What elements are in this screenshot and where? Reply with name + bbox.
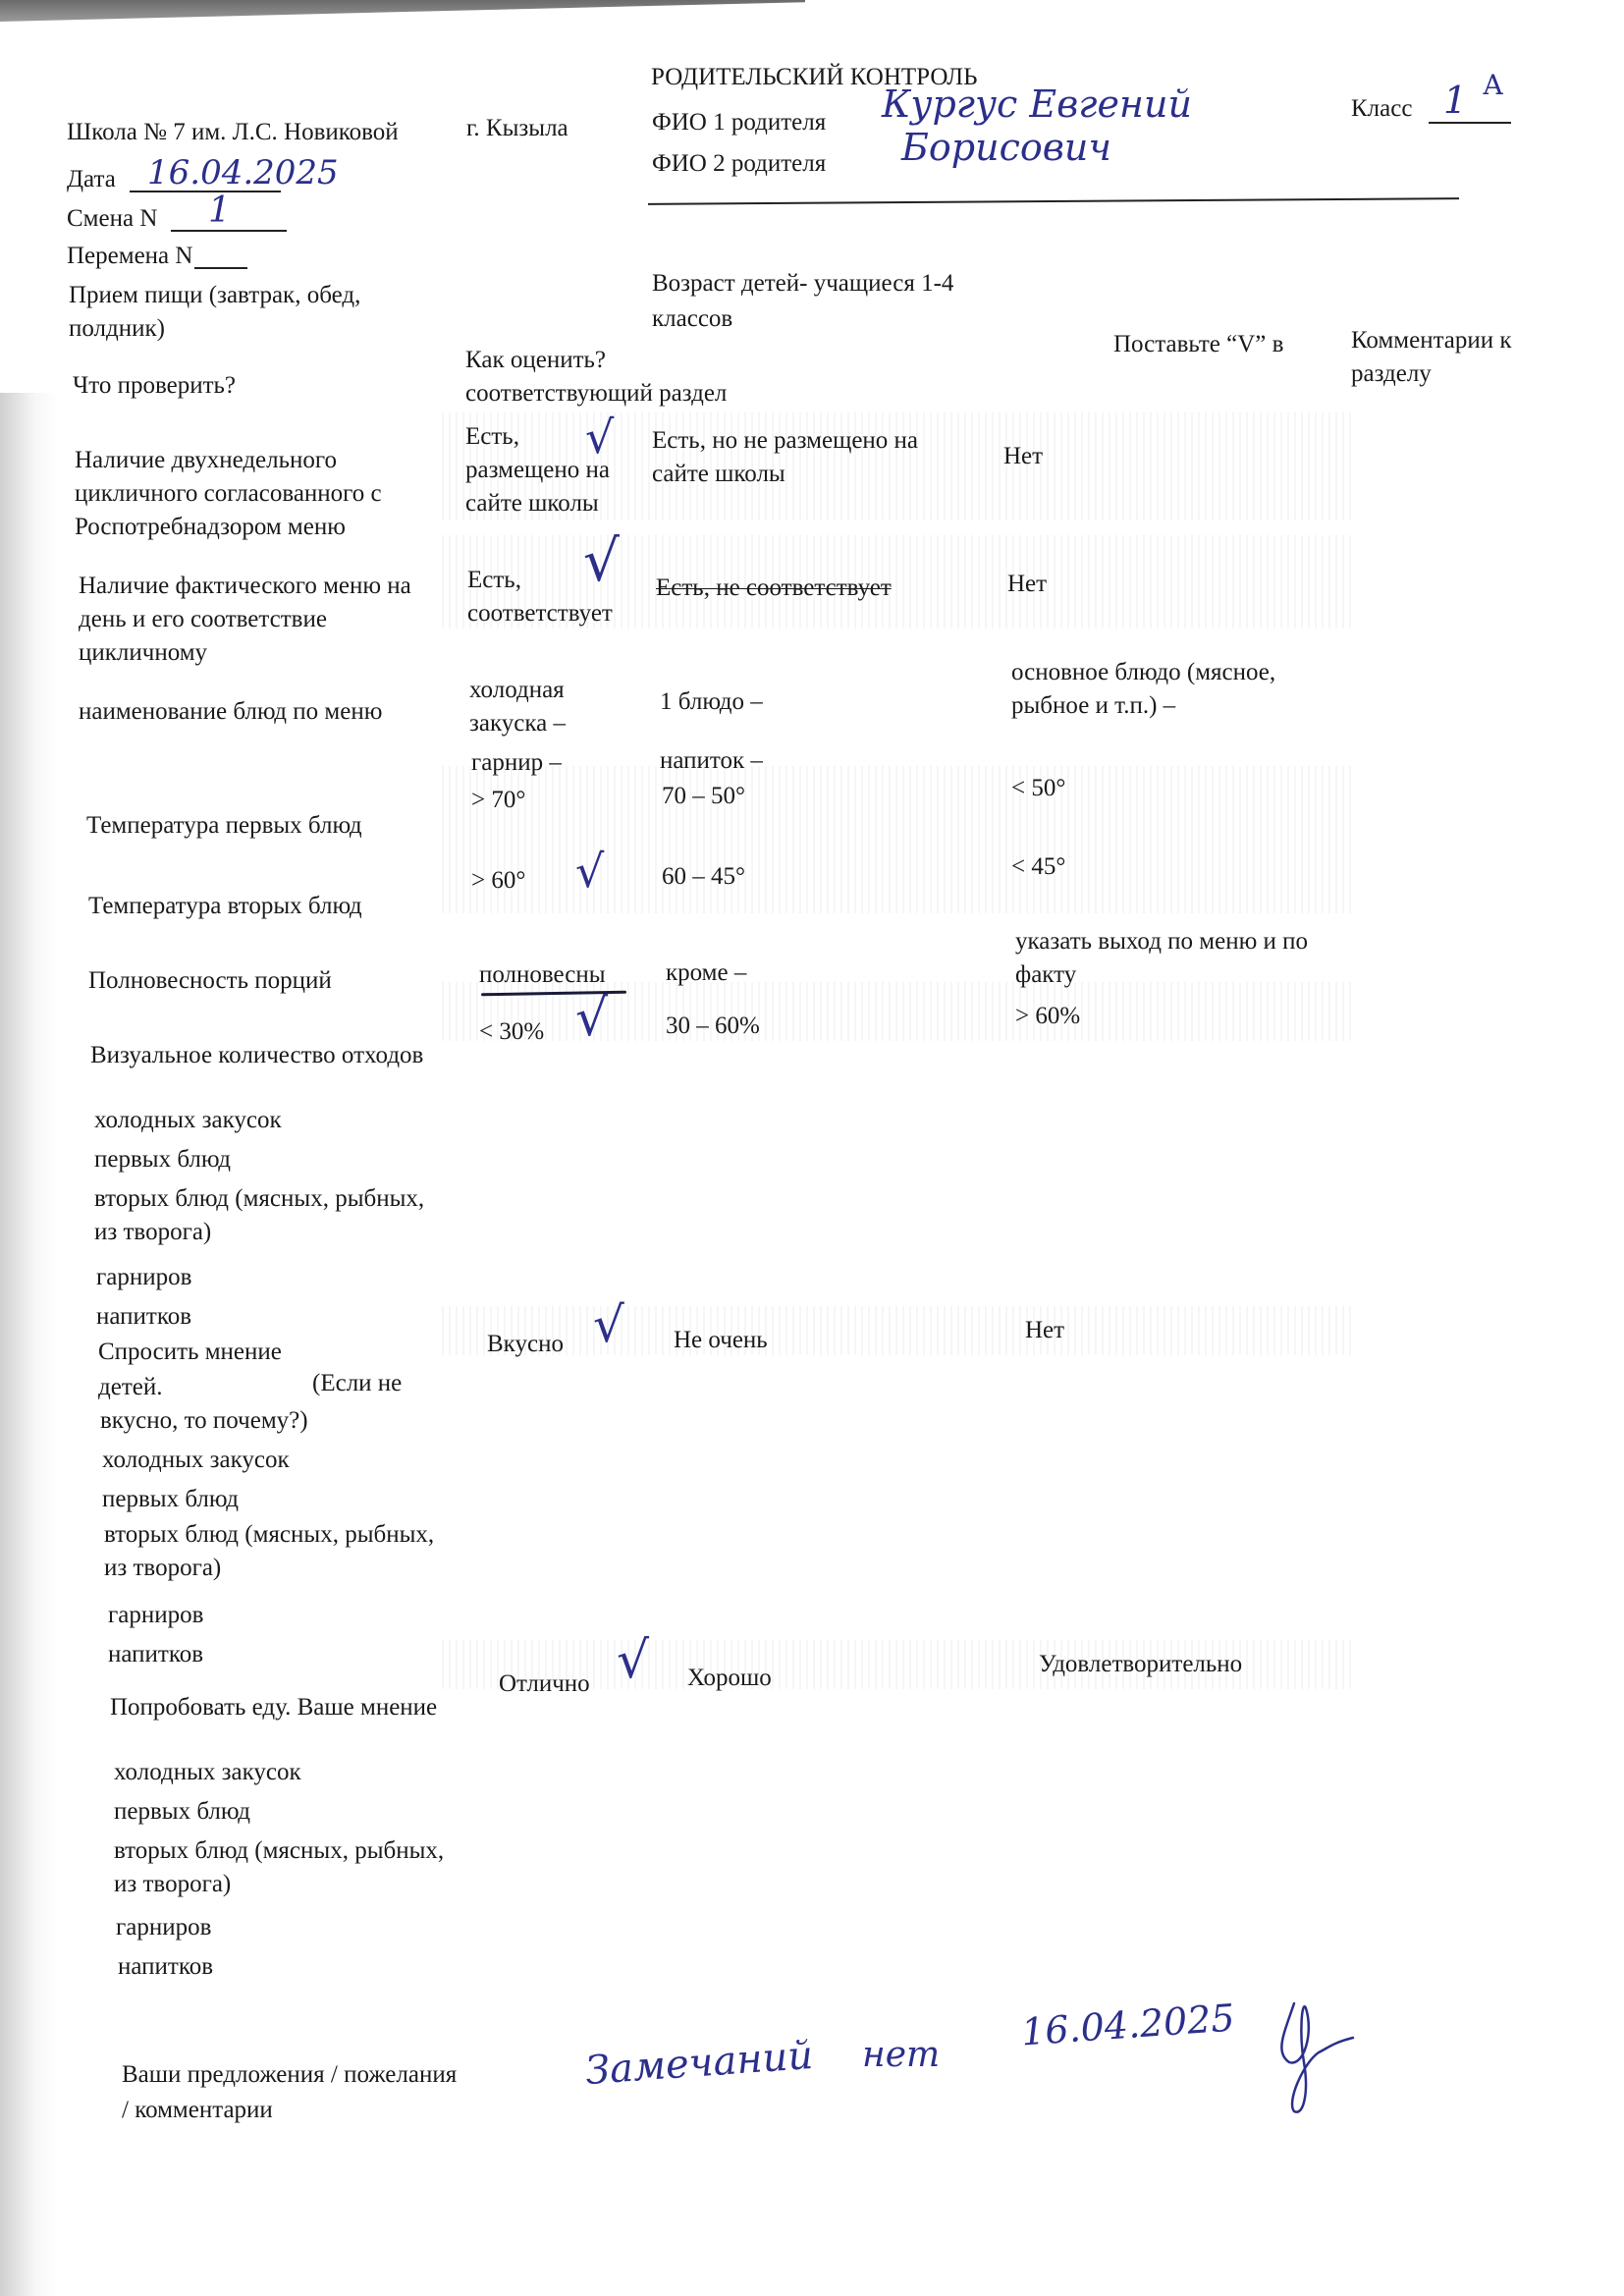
row-temp-first-label: Температура первых блюд: [86, 811, 362, 841]
checkmark-icon: √: [575, 848, 604, 894]
checkmark-icon: √: [585, 414, 614, 460]
children-item: из творога): [104, 1554, 221, 1583]
waste-item: гарниров: [96, 1263, 191, 1292]
option-taste-good[interactable]: Хорошо: [687, 1664, 772, 1693]
class-label: Класс: [1351, 94, 1412, 124]
age-label-1: Возраст детей- учащиеся 1-4: [652, 269, 953, 299]
school-name: Школа № 7 им. Л.С. Новиковой: [67, 118, 399, 147]
city-name: г. Кызыла: [466, 114, 568, 143]
option-temp-second-below-45[interactable]: < 45°: [1011, 852, 1065, 882]
checkmark-icon: √: [575, 996, 608, 1041]
option-waste-above-60[interactable]: > 60%: [1015, 1002, 1080, 1031]
col-put-v: Поставьте “V” в: [1113, 330, 1283, 359]
option-menu-two-week-none[interactable]: Нет: [1003, 442, 1043, 471]
scan-edge-left: [0, 393, 59, 2296]
parent1-field[interactable]: Кургус Евгений: [882, 82, 1192, 126]
waste-item: напитков: [96, 1302, 191, 1332]
option-taste-satisfactory[interactable]: Удовлетворительно: [1039, 1650, 1242, 1679]
row-children-opinion-label-4: вкусно, то почему?): [100, 1406, 308, 1436]
class-field[interactable]: 1: [1443, 79, 1467, 122]
comment-date: 16.04.2025: [1020, 1995, 1236, 2053]
waste-item: холодных закусок: [94, 1106, 282, 1135]
shift-label: Смена N: [67, 204, 157, 234]
children-item: гарниров: [108, 1601, 203, 1630]
option-children-not-really[interactable]: Не очень: [674, 1326, 768, 1355]
waste-item: из творога): [94, 1218, 211, 1247]
waste-item: первых блюд: [94, 1145, 231, 1175]
row-waste-label: Визуальное количество отходов: [90, 1041, 423, 1070]
signature-icon: [1265, 1994, 1373, 2121]
row-taste-food-label: Попробовать еду. Ваше мнение: [110, 1693, 437, 1722]
option-portion-full[interactable]: полновесны: [479, 960, 606, 990]
waste-item: вторых блюд (мясных, рыбных,: [94, 1184, 424, 1214]
parent2-field[interactable]: Борисович: [901, 126, 1111, 169]
children-item: напитков: [108, 1640, 203, 1669]
date-label: Дата: [67, 165, 116, 194]
option-waste-30-60[interactable]: 30 – 60%: [666, 1011, 760, 1041]
date-field[interactable]: 16.04.2025: [147, 153, 339, 192]
suggestions-label-2: / комментарии: [122, 2096, 273, 2125]
children-item: первых блюд: [102, 1485, 239, 1514]
parent1-label: ФИО 1 родителя: [652, 108, 826, 137]
taste-item: холодных закусок: [114, 1758, 301, 1787]
option-portion-except[interactable]: кроме –: [666, 958, 746, 988]
row-menu-two-week-label: Наличие двухнедельного цикличного соглас…: [75, 444, 382, 544]
parent2-label: ФИО 2 родителя: [652, 149, 826, 179]
children-item: вторых блюд (мясных, рыбных,: [104, 1520, 434, 1550]
col-what-to-check: Что проверить?: [73, 371, 236, 401]
shift-underline: [171, 230, 287, 232]
option-temp-second-above-60[interactable]: > 60°: [471, 866, 525, 896]
field-side-dish[interactable]: гарнир –: [471, 748, 562, 778]
comment-field-2[interactable]: нет: [862, 2035, 940, 2075]
col-how-to-rate-2: соответствующий раздел: [465, 379, 727, 409]
field-main-course[interactable]: основное блюдо (мясное, рыбное и т.п.) –: [1011, 656, 1275, 723]
taste-item: гарниров: [116, 1913, 211, 1942]
meal-label-2: полдник): [69, 314, 165, 344]
age-label-2: классов: [652, 304, 732, 334]
comment-field[interactable]: Замечаний: [584, 2033, 815, 2094]
suggestions-label-1: Ваши предложения / пожелания: [122, 2060, 457, 2090]
option-temp-first-70-50[interactable]: 70 – 50°: [662, 782, 745, 811]
checkmark-icon: √: [583, 538, 620, 583]
col-comments-1: Комментарии к: [1351, 326, 1512, 355]
option-waste-below-30[interactable]: < 30%: [479, 1017, 544, 1047]
children-item: холодных закусок: [102, 1446, 290, 1475]
scan-noise-band: [442, 766, 1355, 840]
field-cold-snack[interactable]: холодная закуска –: [469, 674, 566, 740]
option-temp-second-60-45[interactable]: 60 – 45°: [662, 862, 745, 892]
shift-field[interactable]: 1: [208, 191, 231, 231]
taste-item: из творога): [114, 1870, 231, 1899]
taste-item: первых блюд: [114, 1797, 250, 1827]
class-underline: [1429, 122, 1511, 124]
checkmark-icon: √: [617, 1638, 649, 1683]
row-temp-second-label: Температура вторых блюд: [88, 892, 362, 921]
col-comments-2: разделу: [1351, 359, 1432, 389]
option-taste-excellent[interactable]: Отлично: [499, 1669, 590, 1699]
row-dish-names-label: наименование блюд по меню: [79, 697, 382, 727]
option-portion-specify[interactable]: указать выход по меню и по факту: [1015, 925, 1308, 992]
taste-item: напитков: [118, 1952, 213, 1982]
option-temp-first-below-50[interactable]: < 50°: [1011, 774, 1065, 803]
row-children-opinion-label-2: детей.: [98, 1373, 162, 1402]
option-actual-menu-none[interactable]: Нет: [1007, 570, 1047, 599]
date-underline: [130, 191, 281, 192]
row-children-opinion-label-3: (Если не: [312, 1369, 402, 1398]
option-children-tasty[interactable]: Вкусно: [487, 1330, 564, 1359]
field-drink[interactable]: напиток –: [660, 746, 763, 776]
break-underline: [194, 267, 247, 269]
option-actual-menu-not-matches[interactable]: Есть, не соответствует: [656, 574, 892, 603]
checkmark-icon: √: [593, 1302, 624, 1347]
col-how-to-rate-1: Как оценить?: [465, 346, 606, 375]
option-temp-first-above-70[interactable]: > 70°: [471, 786, 525, 815]
parent-signature-line: [648, 197, 1459, 205]
class-letter: А: [1483, 69, 1503, 101]
meal-label-1: Прием пищи (завтрак, обед,: [69, 281, 360, 310]
option-children-no[interactable]: Нет: [1025, 1316, 1064, 1345]
break-label: Перемена N: [67, 242, 192, 271]
field-first-course[interactable]: 1 блюдо –: [660, 687, 763, 717]
taste-item: вторых блюд (мясных, рыбных,: [114, 1836, 444, 1866]
row-portion-weight-label: Полновесность порций: [88, 966, 332, 996]
scan-edge-top: [0, 0, 805, 22]
option-menu-two-week-not-posted[interactable]: Есть, но не размещено на сайте школы: [652, 424, 918, 491]
row-actual-menu-label: Наличие фактического меню на день и его …: [79, 570, 411, 670]
row-children-opinion-label-1: Спросить мнение: [98, 1338, 282, 1367]
scan-noise-band: [442, 1306, 1355, 1355]
